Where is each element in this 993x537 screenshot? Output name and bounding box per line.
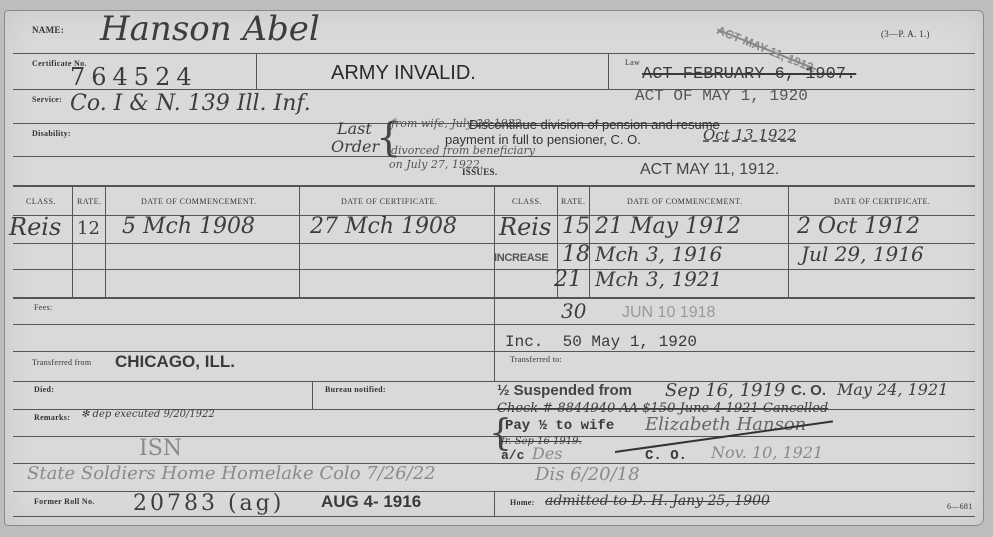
- right-row1-certificate: 2 Oct 1912: [797, 214, 920, 239]
- suspended-date: Sep 16, 1919: [665, 380, 785, 401]
- right-header-class: Class.: [512, 197, 542, 206]
- right-row2-rate: 18: [562, 242, 590, 267]
- service-label: Service:: [32, 95, 62, 104]
- left-header-commencement: Date of Commencement.: [141, 197, 256, 206]
- form-code: (3—P. A. 1.): [881, 29, 930, 39]
- footer-code: 6—681: [947, 502, 973, 511]
- rule: [494, 491, 495, 516]
- left-row-certificate: 27 Mch 1908: [310, 214, 457, 239]
- suspended-co-date: May 24, 1921: [837, 380, 948, 399]
- right-row1-rate: 15: [562, 214, 590, 239]
- act-1912-stamp: ACT MAY 11, 1912.: [640, 161, 779, 179]
- rule: [13, 53, 975, 54]
- former-roll-stamp: AUG 4- 1916: [321, 492, 421, 512]
- rule: [788, 187, 789, 297]
- transferred-from-value: CHICAGO, ILL.: [115, 352, 235, 372]
- right-row3-rate: 21: [554, 267, 582, 292]
- remarks-initials: ISN: [139, 436, 182, 461]
- remarks-value: ✻ dep executed 9/20/1922: [81, 409, 215, 420]
- disability-label: Disability:: [32, 129, 71, 138]
- home-value: admitted to D. H. Jany 25, 1900: [545, 493, 770, 509]
- service-value: Co. I & N. 139 Ill. Inf.: [70, 91, 311, 116]
- right-row2-commencement: Mch 3, 1916: [595, 242, 722, 266]
- name-value: Hanson Abel: [100, 9, 320, 49]
- right-row1-commencement: 21 May 1912: [595, 214, 741, 239]
- issues-label: ISSUES.: [462, 167, 497, 177]
- right-row2-class: INCREASE: [494, 252, 548, 264]
- co-stamp-2: C. O.: [645, 448, 687, 464]
- discontinue-date: Oct 13 1922: [703, 126, 797, 144]
- rule: [312, 381, 313, 409]
- left-row-rate: 12: [77, 218, 100, 239]
- home-label: Home:: [510, 498, 535, 507]
- right-header-rate: Rate.: [561, 197, 586, 206]
- remarks-label: Remarks:: [34, 413, 70, 422]
- rule: [105, 187, 106, 297]
- left-row-class: Reis: [9, 213, 61, 241]
- disability-hand-1: Last: [337, 119, 372, 138]
- rule: [13, 516, 975, 517]
- rule: [13, 381, 975, 382]
- transferred-from-label: Transferred from: [32, 358, 91, 367]
- name-label: NAME:: [32, 25, 64, 35]
- pay-wife-stamp: Pay ½ to wife: [505, 418, 614, 434]
- law-label: Law: [625, 58, 640, 67]
- increase-line: Inc. 50 May 1, 1920: [505, 333, 697, 351]
- rule: [299, 187, 300, 297]
- des-note: Des: [532, 444, 563, 463]
- right-row1-class: Reis: [499, 213, 551, 241]
- disability-overlay-2: divorced from beneficiary: [391, 144, 535, 157]
- state-home-note: State Soldiers Home Homelake Colo 7/26/2…: [27, 463, 436, 484]
- left-header-class: Class.: [26, 197, 56, 206]
- date-stamp: JUN 10 1918: [622, 304, 715, 322]
- right-header-certificate: Date of Certificate.: [834, 197, 930, 206]
- suspended-co: C. O.: [791, 382, 826, 399]
- law-act-typed: ACT OF MAY 1, 1920: [635, 87, 808, 105]
- rule: [608, 53, 609, 89]
- ac-stamp: a/c: [501, 448, 524, 463]
- former-roll-value: 20783 (ag): [133, 491, 284, 516]
- rule: [494, 187, 495, 381]
- right-row3-commencement: Mch 3, 1921: [595, 267, 722, 291]
- transferred-to-label: Transferred to:: [510, 355, 562, 364]
- left-row-commencement: 5 Mch 1908: [122, 214, 255, 239]
- former-roll-label: Former Roll No.: [34, 497, 95, 506]
- suspended-stamp: ½ Suspended from: [497, 382, 632, 399]
- dis-note: Dis 6/20/18: [535, 464, 640, 485]
- wife-name: Elizabeth Hanson: [645, 414, 806, 435]
- disability-hand-2: Order: [331, 137, 379, 156]
- co-date-2: Nov. 10, 1921: [711, 443, 823, 462]
- rule: [72, 187, 73, 297]
- extra-rate: 30: [561, 299, 586, 323]
- law-act-crossed: ACT FEBRUARY 6, 1907.: [642, 65, 856, 84]
- left-header-certificate: Date of Certificate.: [341, 197, 437, 206]
- disability-overlay-1: from wife, July 28 1922: [391, 117, 522, 130]
- fees-label: Fees:: [34, 303, 52, 312]
- bureau-notified-label: Bureau notified:: [325, 385, 386, 394]
- pension-card: NAME: Hanson Abel (3—P. A. 1.) ACT MAY 1…: [4, 10, 984, 526]
- rule: [256, 53, 257, 89]
- certificate-value: 764524: [70, 63, 198, 91]
- died-label: Died:: [34, 385, 54, 394]
- form-title: ARMY INVALID.: [331, 62, 476, 85]
- right-row2-certificate: Jul 29, 1916: [801, 242, 924, 266]
- right-header-commencement: Date of Commencement.: [627, 197, 742, 206]
- left-header-rate: Rate.: [77, 197, 102, 206]
